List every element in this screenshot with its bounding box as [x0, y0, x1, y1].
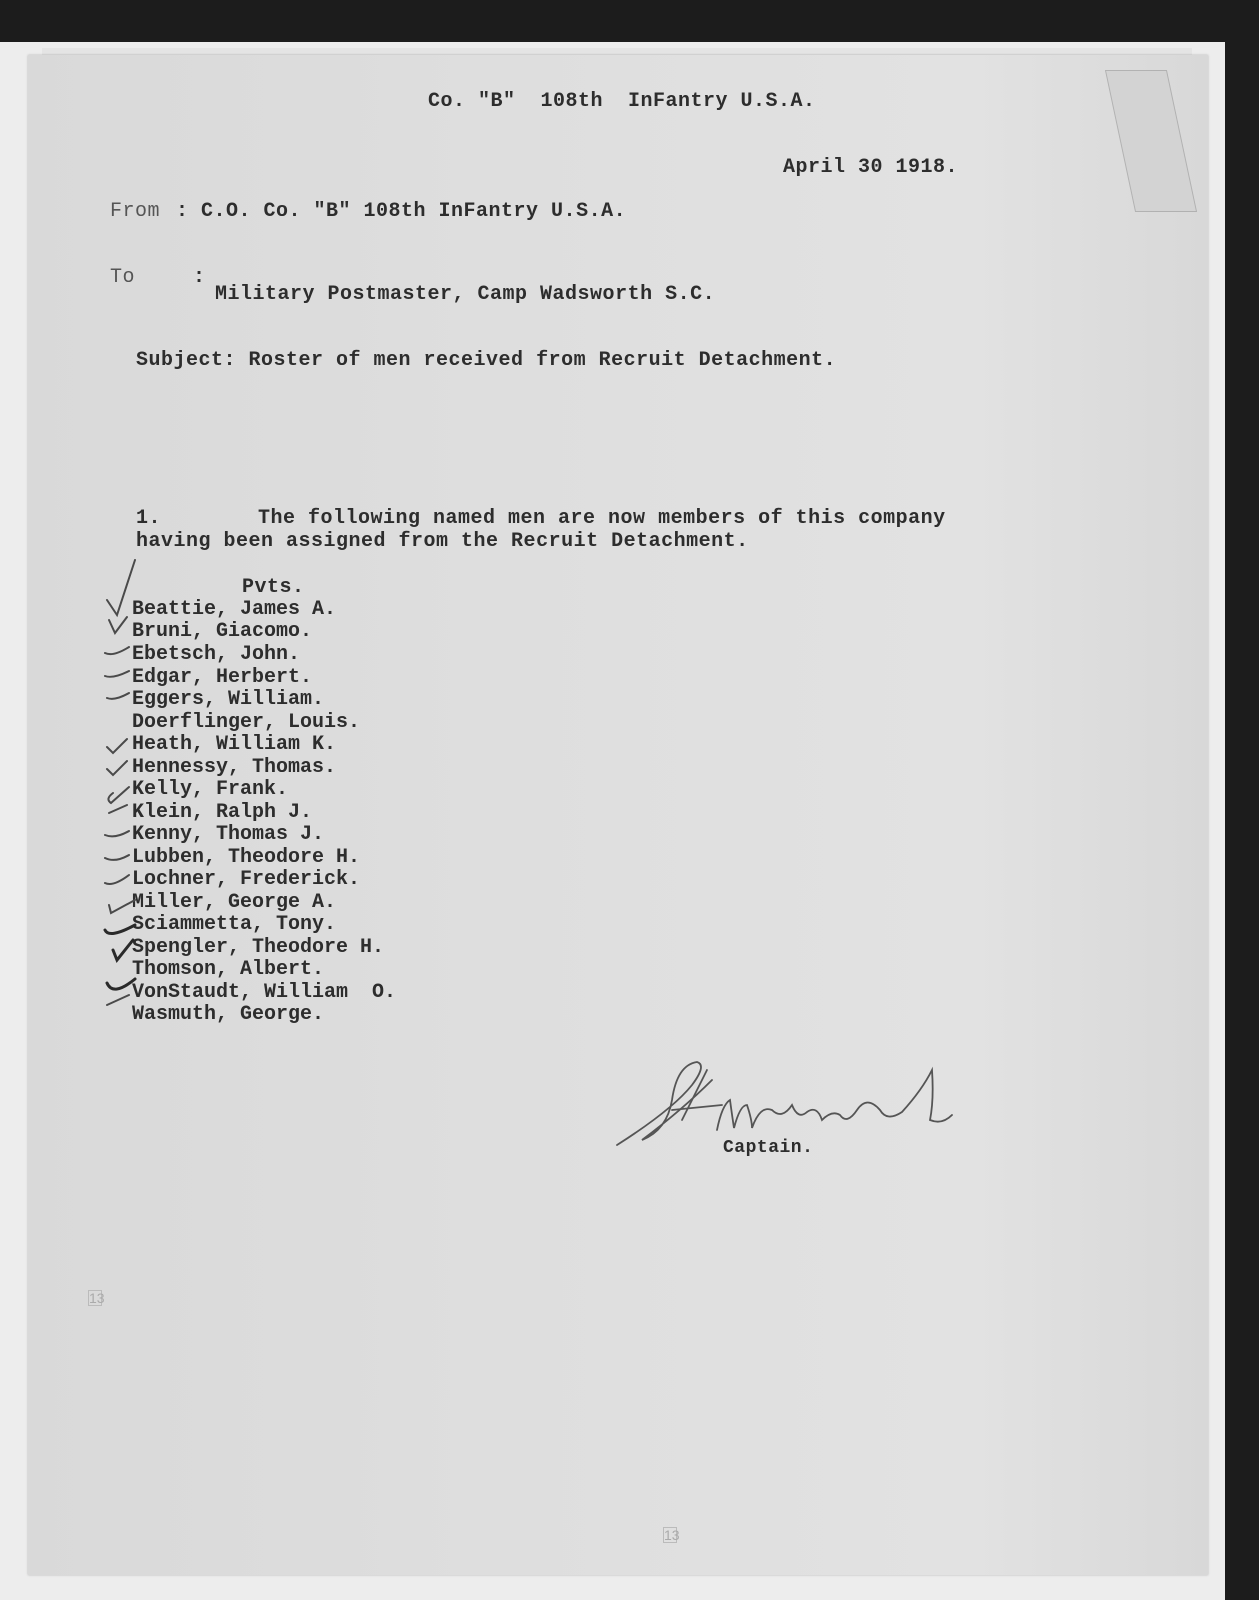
signature-title: Captain.: [723, 1138, 813, 1158]
roster-item: Eggers, William.: [132, 688, 324, 711]
from-label: From: [110, 200, 160, 223]
roster-item: Miller, George A.: [132, 891, 336, 914]
check-marks-icon: [95, 555, 155, 1035]
scan-border-top: [0, 0, 1259, 42]
to-label: To: [110, 266, 135, 289]
paragraph-line-2: having been assigned from the Recruit De…: [136, 530, 749, 553]
paragraph-line-1: The following named men are now members …: [258, 507, 946, 530]
roster-item: Lochner, Frederick.: [132, 868, 360, 891]
roster-item: Wasmuth, George.: [132, 1003, 324, 1026]
roster-item: Kelly, Frank.: [132, 778, 288, 801]
roster-item: VonStaudt, William O.: [132, 981, 396, 1004]
roster-item: Sciammetta, Tony.: [132, 913, 336, 936]
roster-item: Klein, Ralph J.: [132, 801, 312, 824]
roster-item: Ebetsch, John.: [132, 643, 300, 666]
roster-item: Bruni, Giacomo.: [132, 620, 312, 643]
roster-item: Edgar, Herbert.: [132, 666, 312, 689]
to-value: Military Postmaster, Camp Wadsworth S.C.: [215, 283, 715, 306]
page-stamp-bottom: 13: [663, 1527, 677, 1543]
roster-item: Heath, William K.: [132, 733, 336, 756]
roster-item: Spengler, Theodore H.: [132, 936, 384, 959]
roster-item: Thomson, Albert.: [132, 958, 324, 981]
paragraph-number: 1.: [136, 507, 161, 530]
roster-item: Kenny, Thomas J.: [132, 823, 324, 846]
roster-item: Doerflinger, Louis.: [132, 711, 360, 734]
letter-date: April 30 1918.: [783, 156, 958, 179]
from-value: : C.O. Co. "B" 108th InFantry U.S.A.: [176, 200, 626, 223]
subject-line: Subject: Roster of men received from Rec…: [136, 349, 836, 372]
scan-border-right: [1225, 0, 1259, 1600]
roster-item: Beattie, James A.: [132, 598, 336, 621]
roster-item: Lubben, Theodore H.: [132, 846, 360, 869]
to-colon: :: [193, 266, 206, 289]
roster-item: Hennessy, Thomas.: [132, 756, 336, 779]
letterhead: Co. "B" 108th InFantry U.S.A.: [428, 90, 816, 113]
page-stamp: 13: [88, 1290, 102, 1306]
rank-heading: Pvts.: [242, 576, 305, 599]
